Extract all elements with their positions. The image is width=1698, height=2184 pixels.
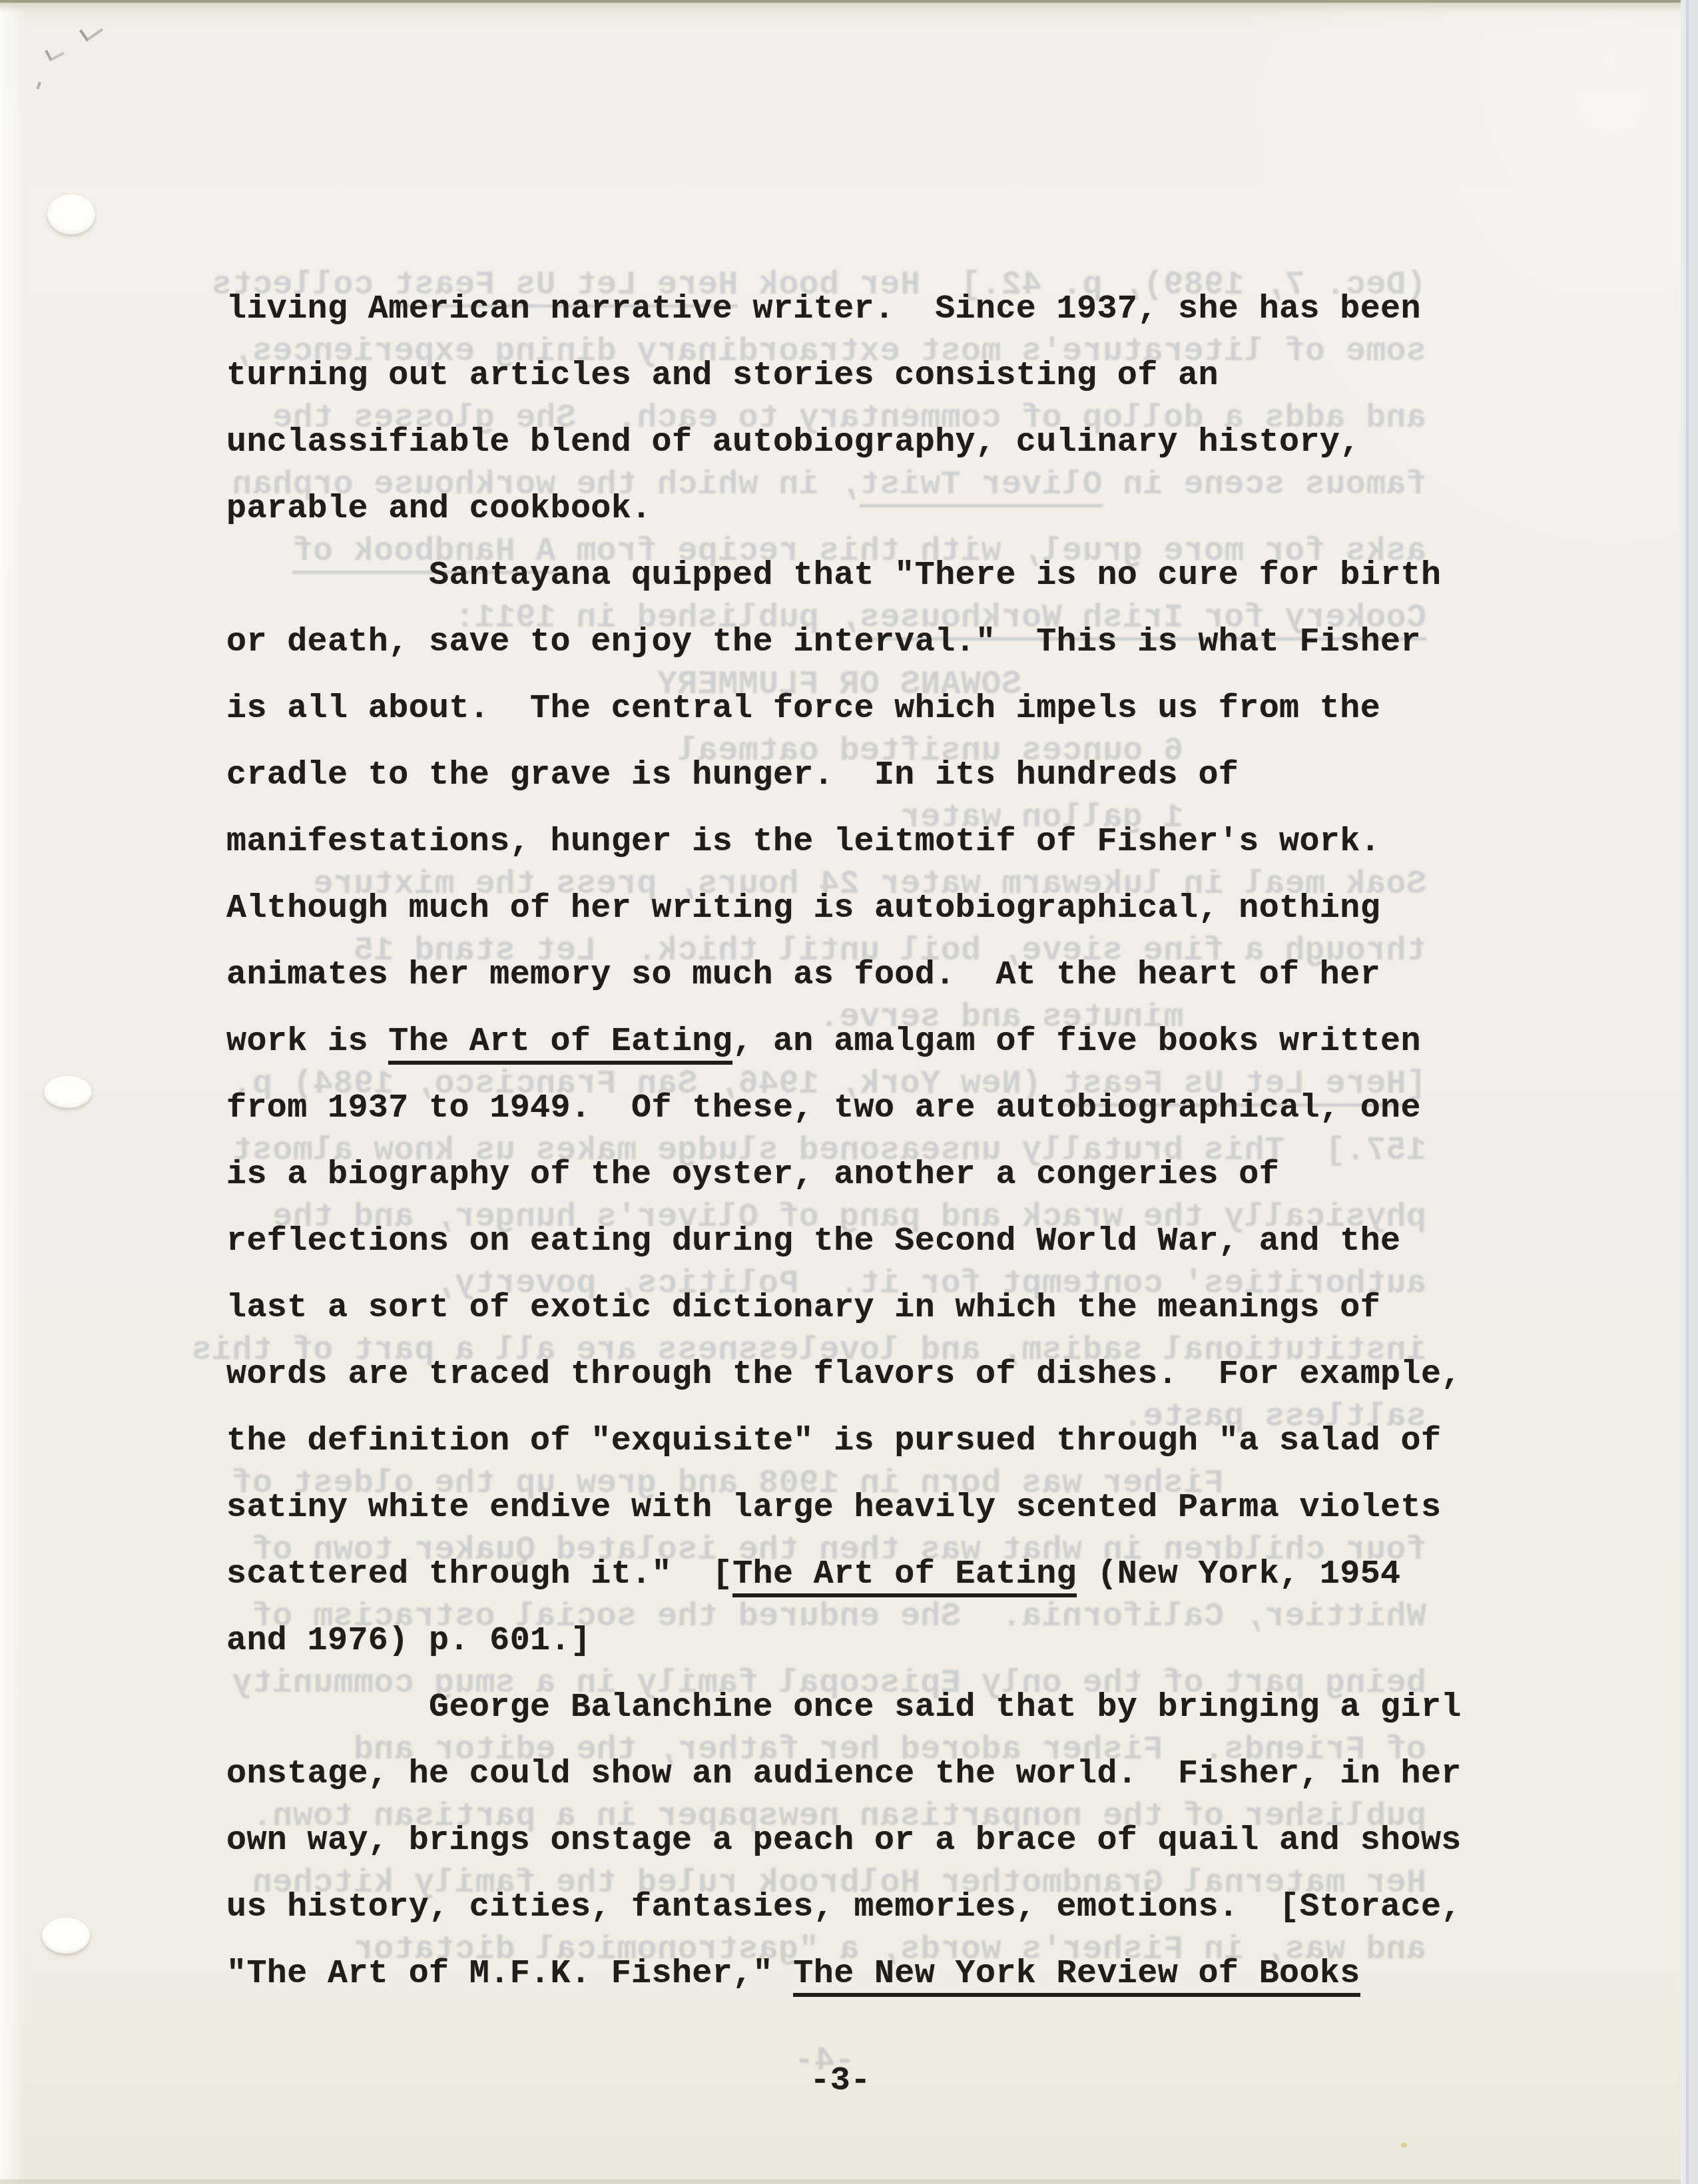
typed-text: living American narrative writer. Since … [0, 0, 1698, 2184]
text-line: is all about. The central force which im… [226, 690, 1380, 728]
text-line: is a biography of the oyster, another a … [226, 1157, 1279, 1194]
text-segment: is a biography of the oyster, another a … [226, 1156, 1279, 1194]
text-segment: last a sort of exotic dictionary in whic… [226, 1289, 1380, 1327]
text-line: the definition of "exquisite" is pursued… [226, 1423, 1441, 1460]
text-line: us history, cities, fantasies, memories,… [226, 1889, 1462, 1926]
text-line: last a sort of exotic dictionary in whic… [226, 1290, 1380, 1327]
text-line: scattered through it." [The Art of Eatin… [226, 1556, 1401, 1593]
text-segment: turning out articles and stories consist… [226, 357, 1219, 395]
text-segment: living American narrative writer. Since … [226, 290, 1421, 328]
text-segment: (New York, 1954 [1077, 1555, 1400, 1593]
text-segment: "The Art of M.F.K. Fisher," [226, 1955, 793, 1993]
text-line: or death, save to enjoy the interval." T… [226, 624, 1421, 661]
page-number: -3- [0, 2063, 1681, 2100]
text-line: cradle to the grave is hunger. In its hu… [226, 757, 1239, 794]
text-segment: is all about. The central force which im… [226, 690, 1380, 728]
text-segment: reflections on eating during the Second … [226, 1223, 1400, 1260]
text-segment: scattered through it." [ [226, 1555, 732, 1593]
text-segment: work is [226, 1023, 388, 1061]
text-segment: Santayana quipped that "There is no cure… [226, 557, 1441, 595]
text-line: unclassifiable blend of autobiography, c… [226, 424, 1360, 461]
text-segment: or death, save to enjoy the interval." T… [226, 623, 1421, 661]
text-line: Although much of her writing is autobiog… [226, 890, 1380, 928]
text-segment: onstage, he could show an audience the w… [226, 1755, 1462, 1793]
text-line: animates her memory so much as food. At … [226, 957, 1380, 994]
text-segment: satiny white endive with large heavily s… [226, 1489, 1441, 1527]
text-segment: and 1976) p. 601.] [226, 1622, 591, 1660]
text-segment: from 1937 to 1949. Of these, two are aut… [226, 1089, 1421, 1127]
scanned-page: -4- (Dec. 7, 1989), p. 42.] Her book Her… [0, 0, 1698, 2184]
text-line: and 1976) p. 601.] [226, 1623, 591, 1660]
text-segment: words are traced through the flavors of … [226, 1356, 1462, 1394]
text-segment: , an amalgam of five books written [732, 1023, 1421, 1061]
text-line: work is The Art of Eating, an amalgam of… [226, 1023, 1421, 1061]
underlined-text: The New York Review of Books [793, 1955, 1360, 1997]
text-segment: cradle to the grave is hunger. In its hu… [226, 756, 1239, 794]
text-segment: us history, cities, fantasies, memories,… [226, 1888, 1462, 1926]
text-segment: parable and cookbook. [226, 490, 652, 528]
text-segment: unclassifiable blend of autobiography, c… [226, 423, 1360, 461]
text-line: "The Art of M.F.K. Fisher," The New York… [226, 1956, 1360, 1993]
text-segment: animates her memory so much as food. At … [226, 956, 1380, 994]
text-line: turning out articles and stories consist… [226, 358, 1219, 395]
text-line: reflections on eating during the Second … [226, 1223, 1400, 1260]
underlined-text: The Art of Eating [732, 1555, 1077, 1597]
text-segment: Although much of her writing is autobiog… [226, 890, 1380, 928]
text-line: words are traced through the flavors of … [226, 1356, 1462, 1394]
text-segment: the definition of "exquisite" is pursued… [226, 1422, 1441, 1460]
text-segment: manifestations, hunger is the leitmotif … [226, 823, 1380, 861]
text-line: George Balanchine once said that by brin… [226, 1689, 1462, 1727]
underlined-text: The Art of Eating [388, 1023, 732, 1065]
text-line: living American narrative writer. Since … [226, 291, 1421, 328]
text-line: satiny white endive with large heavily s… [226, 1490, 1441, 1527]
text-segment: own way, brings onstage a peach or a bra… [226, 1822, 1462, 1860]
text-line: own way, brings onstage a peach or a bra… [226, 1822, 1462, 1860]
text-segment: George Balanchine once said that by brin… [226, 1689, 1462, 1727]
text-line: from 1937 to 1949. Of these, two are aut… [226, 1090, 1421, 1127]
text-line: onstage, he could show an audience the w… [226, 1756, 1462, 1793]
text-line: Santayana quipped that "There is no cure… [226, 557, 1441, 595]
text-line: manifestations, hunger is the leitmotif … [226, 824, 1380, 861]
text-line: parable and cookbook. [226, 491, 652, 528]
